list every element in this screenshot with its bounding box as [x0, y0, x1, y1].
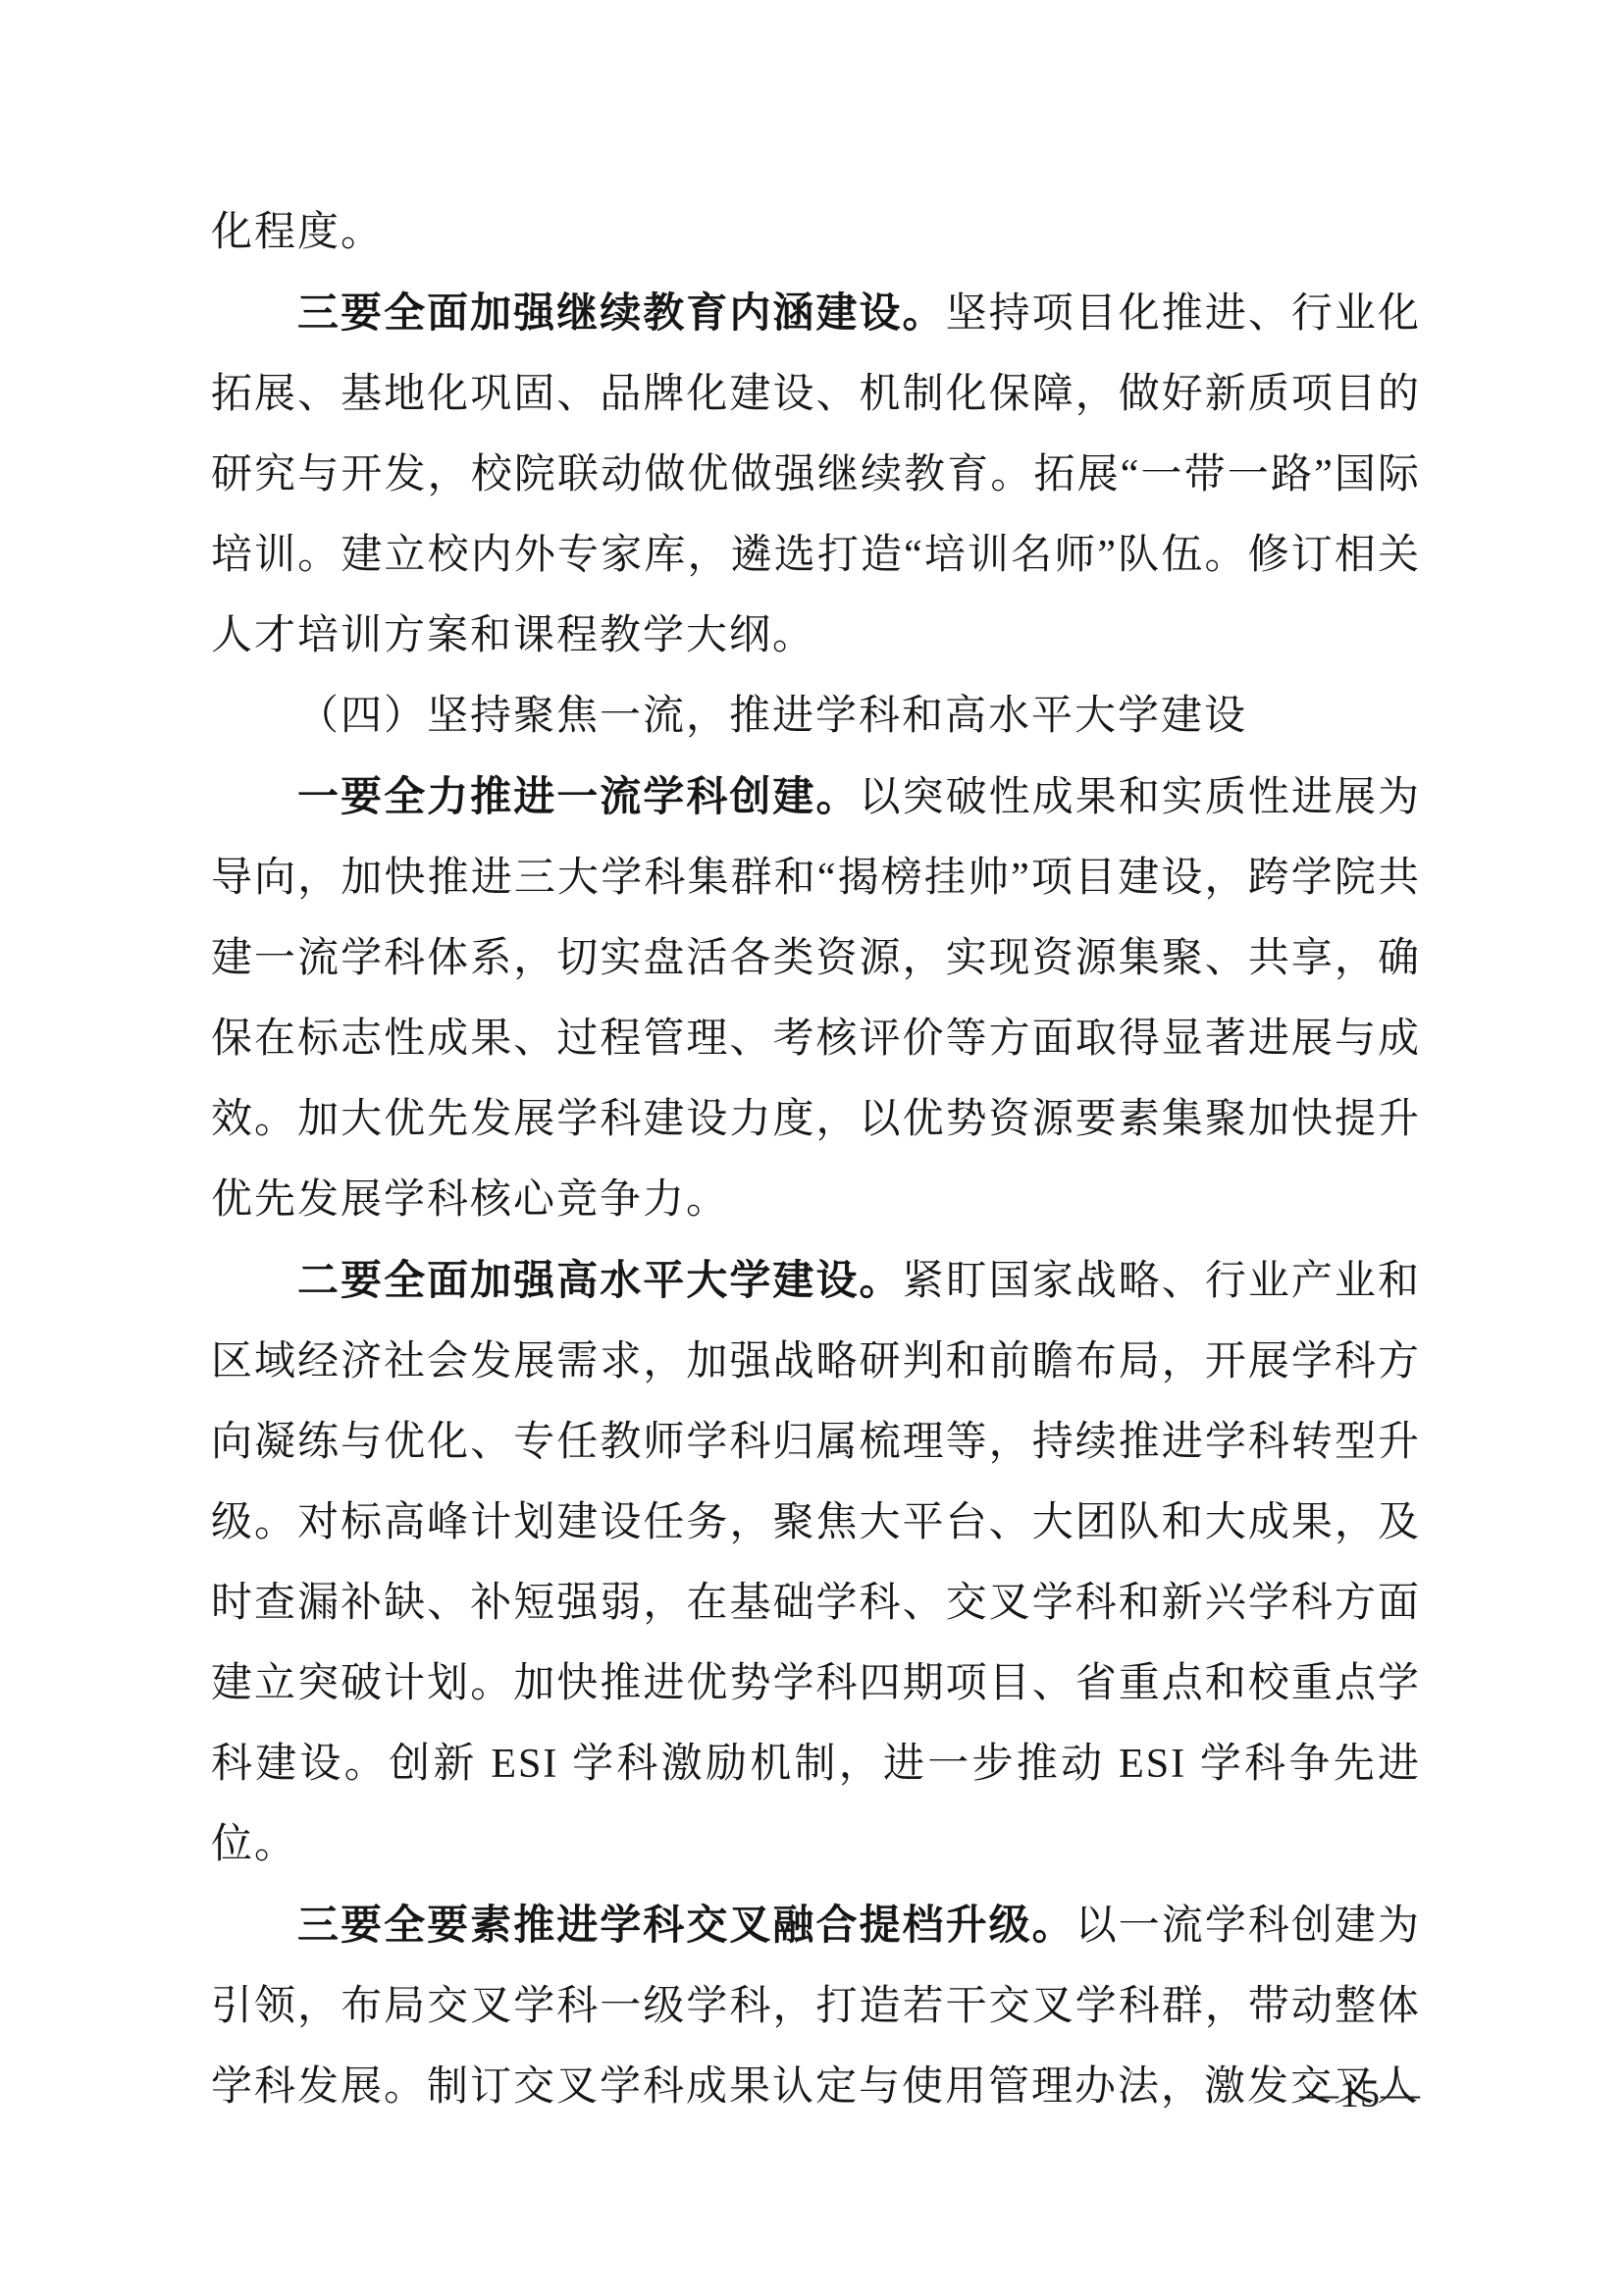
- paragraph-lead-bold: 二要全面加强高水平大学建设。: [297, 1257, 903, 1303]
- document-body: 化程度。 三要全面加强继续教育内涵建设。坚持项目化推进、行业化拓展、基地化巩固、…: [211, 192, 1421, 2127]
- paragraph-high-level-university: 二要全面加强高水平大学建设。紧盯国家战略、行业产业和区域经济社会发展需求，加强战…: [211, 1240, 1421, 1885]
- paragraph-lead-bold: 一要全力推进一流学科创建。: [297, 773, 860, 819]
- section-heading-four: （四）坚持聚焦一流，推进学科和高水平大学建设: [211, 676, 1421, 757]
- page-number: —15—: [211, 2066, 1421, 2121]
- paragraph-continuation: 化程度。: [211, 192, 1421, 273]
- paragraph-lead-bold: 三要全面加强继续教育内涵建设。: [297, 289, 946, 336]
- paragraph-lead-bold: 三要全要素推进学科交叉融合提档升级。: [297, 1902, 1075, 1948]
- paragraph-text: 紧盯国家战略、行业产业和区域经济社会发展需求，加强战略研判和前瞻布局，开展学科方…: [211, 1259, 1421, 1867]
- paragraph-first-class-discipline: 一要全力推进一流学科创建。以突破性成果和实质性进展为导向，加快推进三大学科集群和…: [211, 757, 1421, 1240]
- section-heading-text: （四）坚持聚焦一流，推进学科和高水平大学建设: [297, 694, 1247, 739]
- paragraph-text: 化程度。: [211, 210, 384, 255]
- document-page: 化程度。 三要全面加强继续教育内涵建设。坚持项目化推进、行业化拓展、基地化巩固、…: [0, 0, 1624, 2296]
- paragraph-continuing-education: 三要全面加强继续教育内涵建设。坚持项目化推进、行业化拓展、基地化巩固、品牌化建设…: [211, 273, 1421, 676]
- paragraph-text: 以突破性成果和实质性进展为导向，加快推进三大学科集群和“揭榜挂帅”项目建设，跨学…: [211, 775, 1421, 1223]
- paragraph-text: 坚持项目化推进、行业化拓展、基地化巩固、品牌化建设、机制化保障，做好新质项目的研…: [211, 291, 1421, 658]
